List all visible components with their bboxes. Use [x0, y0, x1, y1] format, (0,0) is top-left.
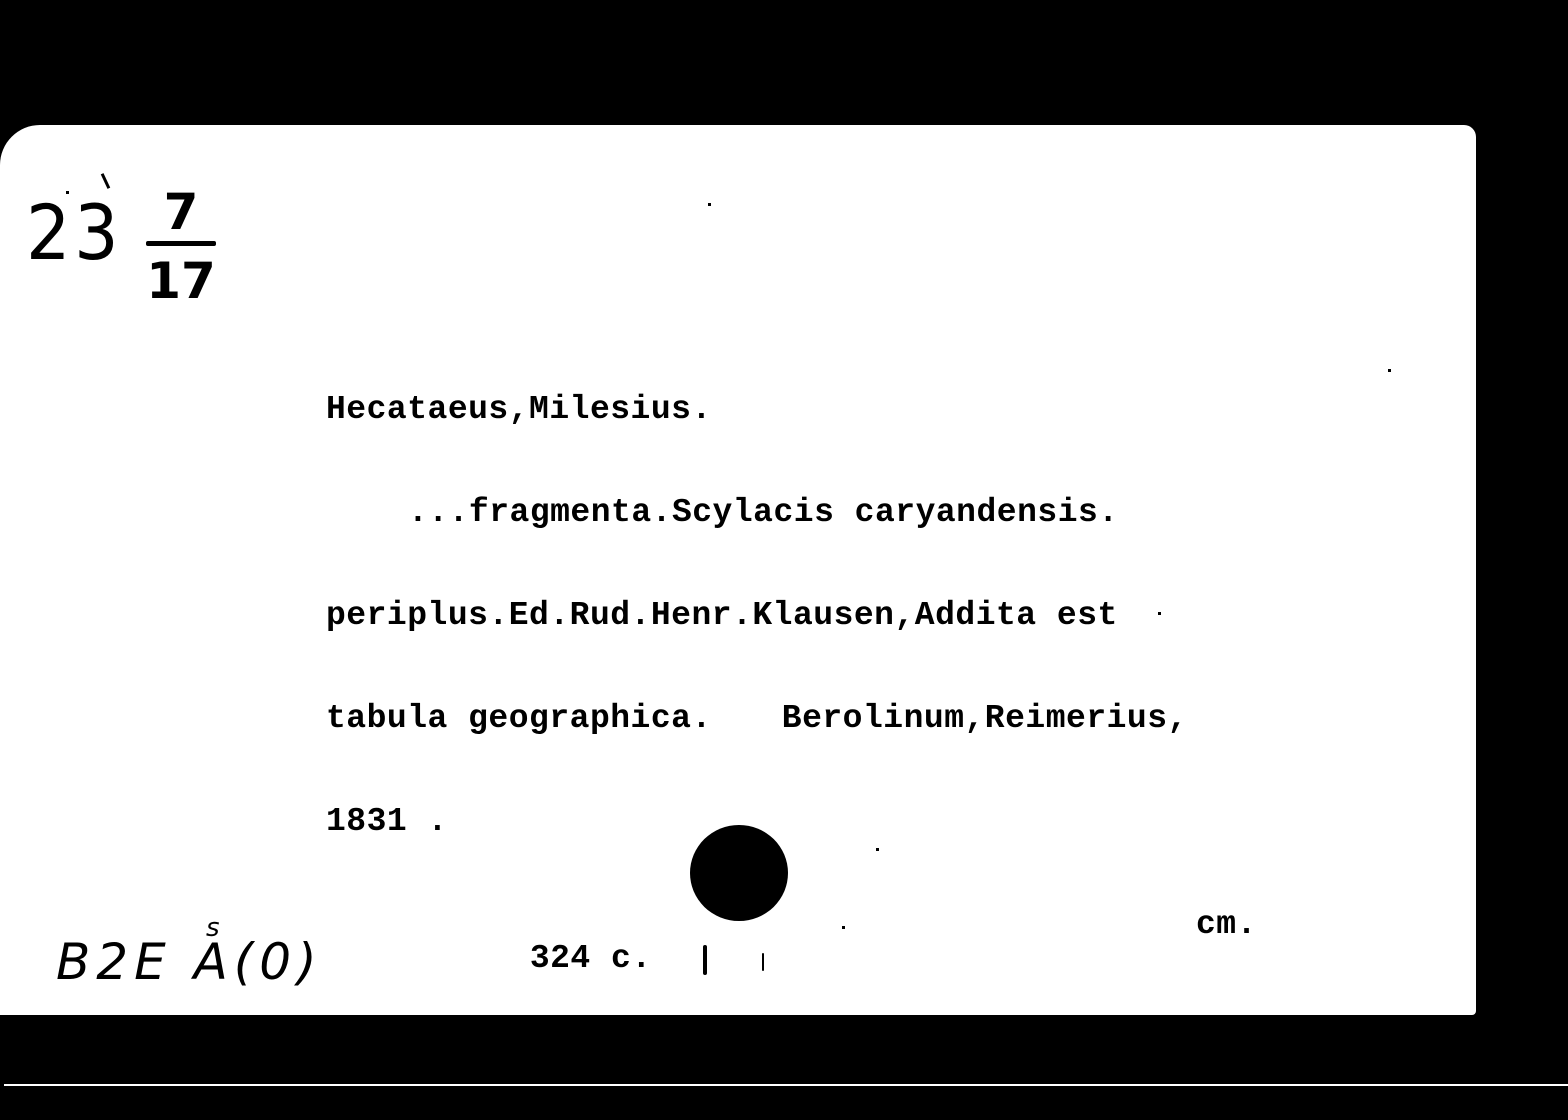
pencil-mark: [762, 953, 764, 971]
scan-border-line: [4, 1084, 1568, 1086]
entry-title-line-1: ...fragmenta.Scylacis caryandensis.: [326, 496, 1188, 531]
entry-title-line-3-text: tabula geographica.: [326, 700, 712, 737]
call-number-tick-mark: [101, 173, 110, 189]
scan-speck: [1158, 612, 1161, 615]
call-number-numerator: 7: [146, 187, 216, 237]
scan-speck: [1388, 369, 1391, 372]
fraction-bar: [146, 241, 216, 246]
entry-title-line-2: periplus.Ed.Rud.Henr.Klausen,Addita est: [326, 599, 1188, 634]
call-number-fraction: 7 17: [146, 187, 216, 306]
scan-speck: [876, 848, 879, 851]
scan-speck: [842, 926, 845, 929]
call-number-denominator: 17: [146, 256, 216, 306]
scan-speck: [66, 191, 69, 194]
pencil-mark: [703, 945, 707, 975]
catalog-card: 23 7 17 Hecataeus,Milesius. ...fragmenta…: [0, 125, 1476, 1015]
scan-speck: [708, 203, 711, 206]
punch-hole: [690, 825, 788, 921]
shelf-code: B2E A(0): [56, 933, 323, 991]
entry-imprint: Berolinum,Reimerius,: [782, 700, 1188, 737]
entry-title-line-3: tabula geographica.Berolinum,Reimerius,: [326, 702, 1188, 737]
call-number-main: 23: [26, 195, 122, 271]
entry-pages: 324 c.: [448, 940, 652, 977]
entry-heading: Hecataeus,Milesius.: [326, 393, 1188, 428]
entry-size-unit: cm.: [1196, 908, 1257, 942]
